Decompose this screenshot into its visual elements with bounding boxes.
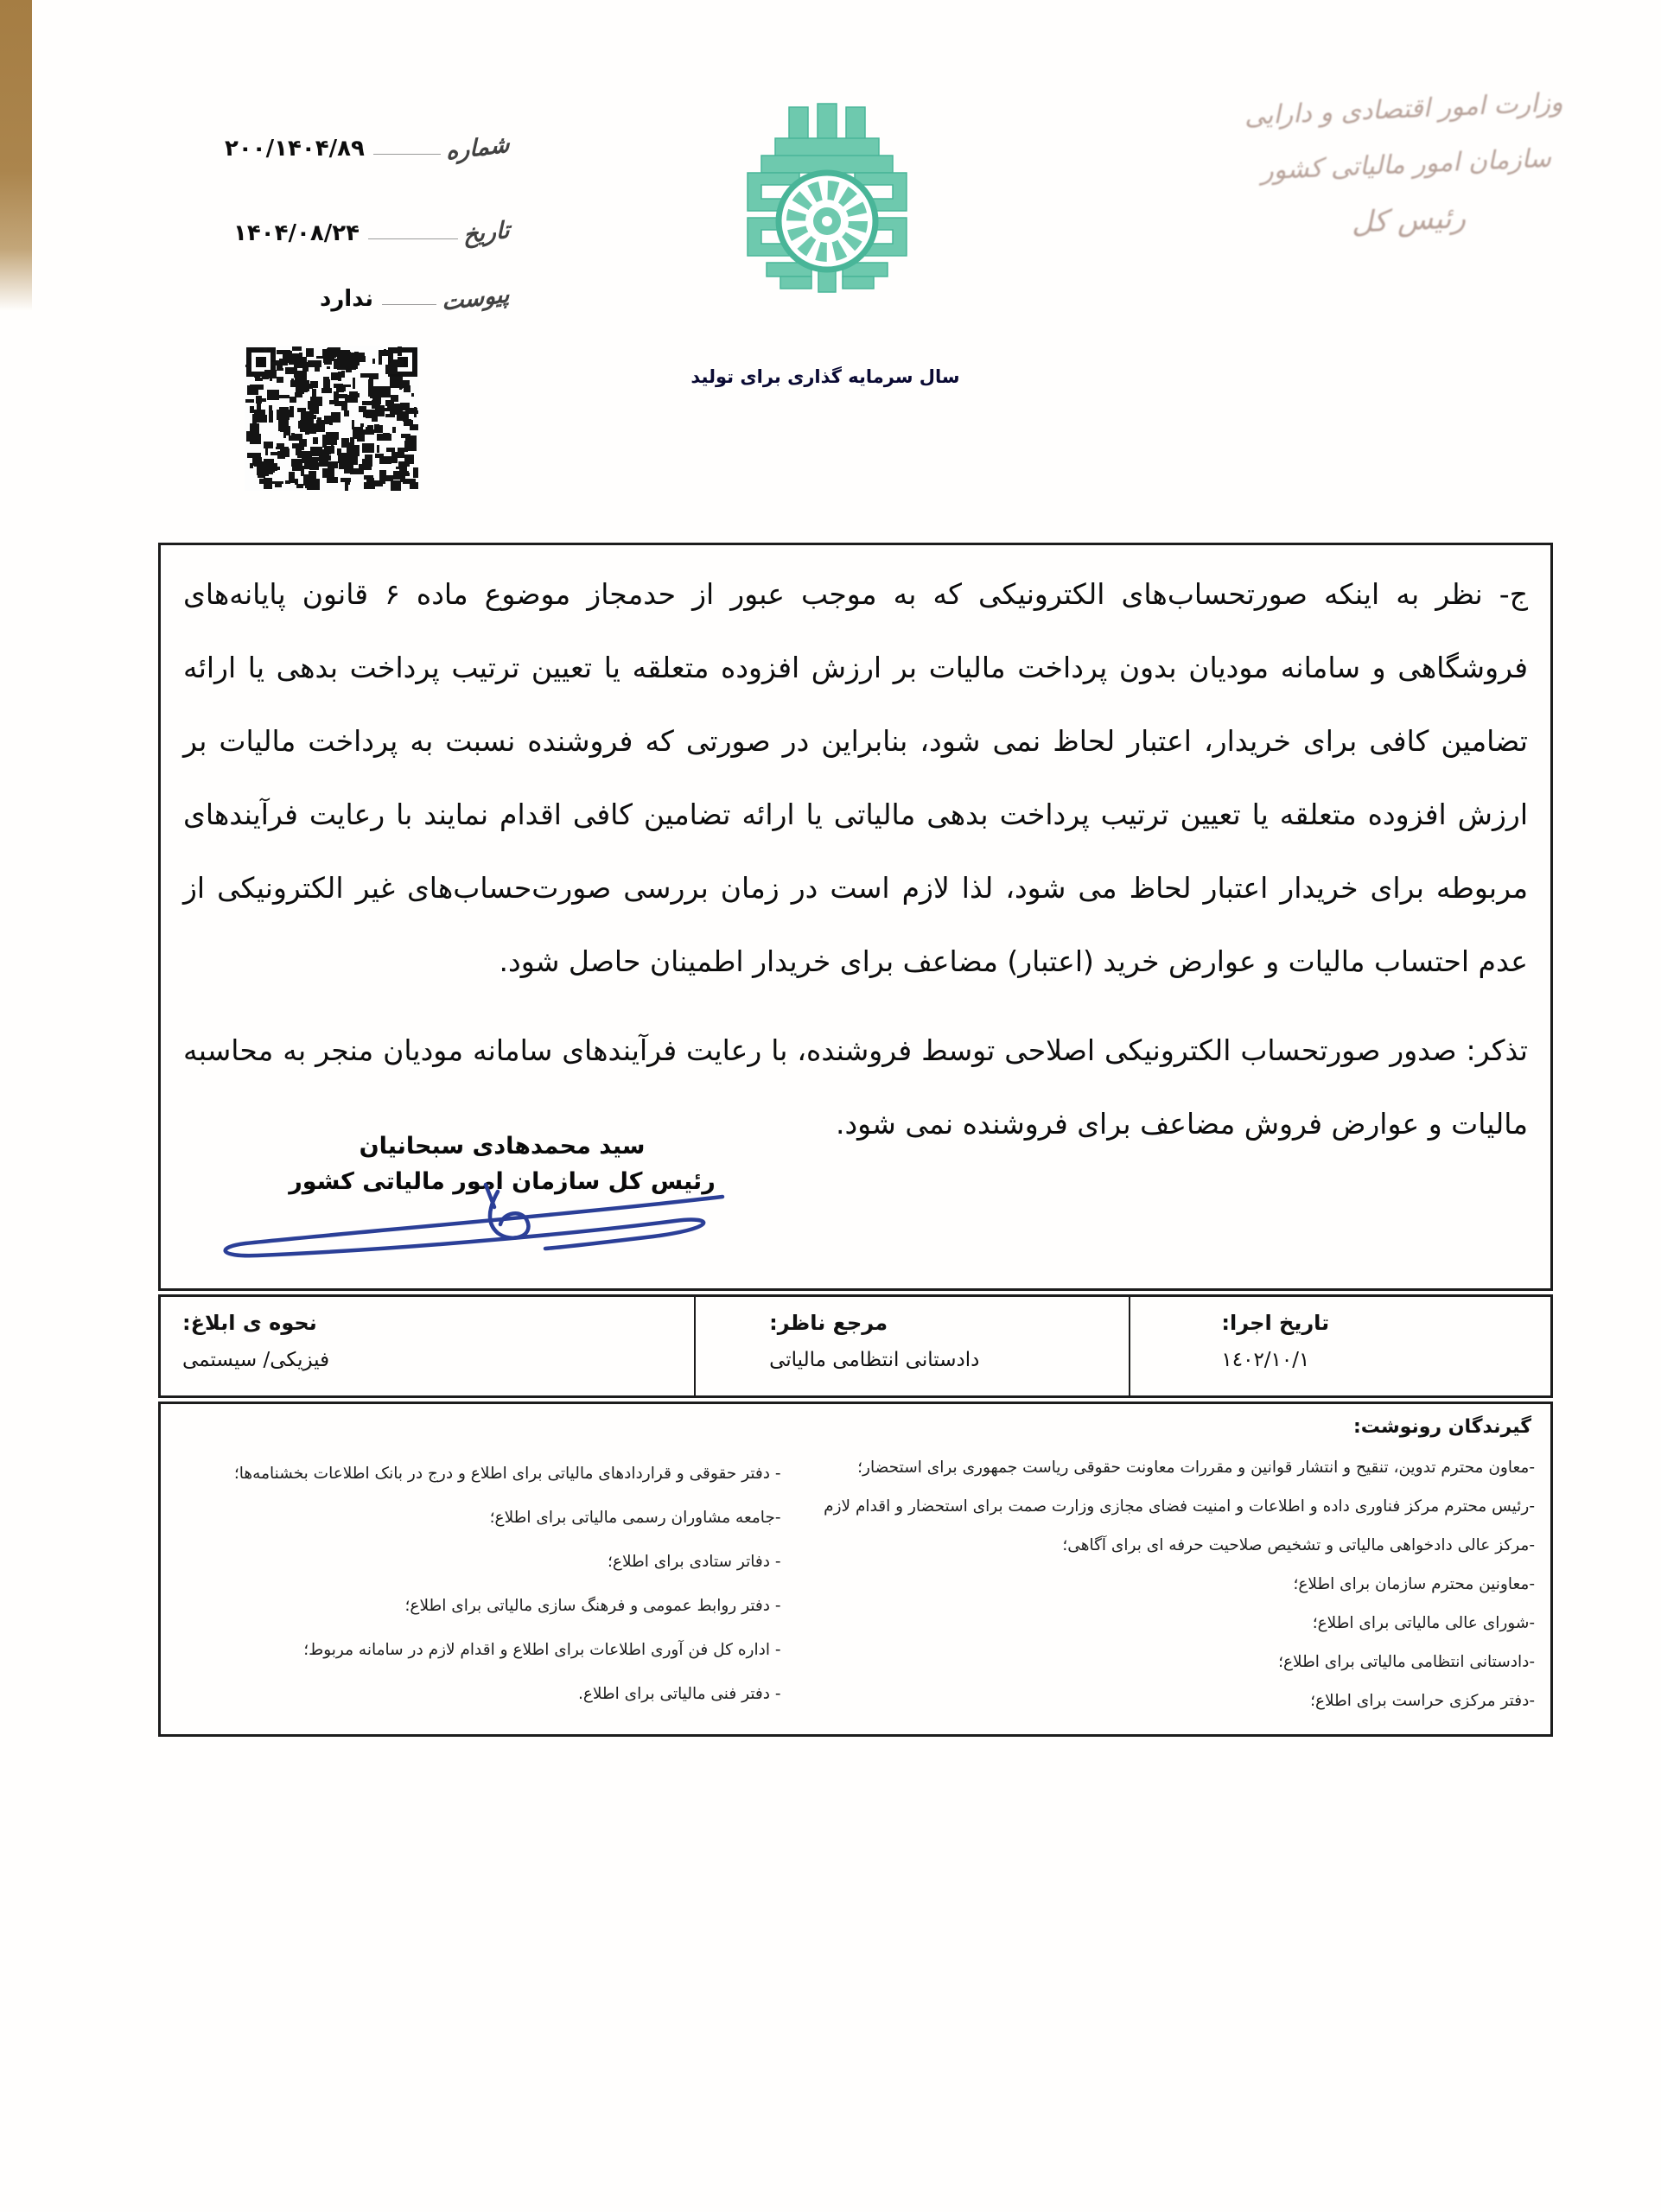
recipients-column-left: - دفتر حقوقی و قراردادهای مالیاتی برای ا…	[176, 1448, 781, 1716]
recipient-item: -دادستانی انتظامی مالیاتی برای اطلاع؛	[781, 1643, 1535, 1681]
recipient-item: -رئیس محترم مرکز فناوری داده و اطلاعات و…	[781, 1487, 1535, 1526]
qr-noise	[347, 362, 359, 369]
qr-noise	[362, 443, 374, 453]
qr-noise	[386, 448, 394, 452]
scanned-letter-page: وزارت امور اقتصادی و دارایی سازمان امور …	[0, 0, 1661, 2212]
qr-noise	[414, 407, 417, 416]
qr-noise	[360, 423, 364, 427]
qr-noise	[248, 351, 252, 358]
letter-attachment-row: ندارد پیوست	[320, 285, 510, 312]
qr-noise	[366, 410, 379, 418]
qr-noise	[277, 377, 283, 384]
info-table: تاریخ اجرا: ١٤٠٢/١٠/١ مرجع ناظر: دادستان…	[158, 1294, 1553, 1398]
recipient-item: - دفتر روابط عمومی و فرهنگ سازی مالیاتی …	[176, 1584, 781, 1628]
qr-noise	[403, 414, 407, 422]
recipient-item: - اداره کل فن آوری اطلاعات برای اطلاع و …	[176, 1628, 781, 1672]
qr-noise	[275, 484, 282, 487]
qr-noise	[411, 393, 415, 397]
qr-noise	[323, 377, 329, 388]
qr-noise	[346, 352, 352, 362]
qr-noise	[290, 380, 303, 387]
recipient-item: -معاون محترم تدوین، تنقیح و انتشار قوانی…	[781, 1448, 1535, 1487]
qr-noise	[347, 445, 360, 456]
qr-noise	[290, 406, 294, 417]
qr-noise	[284, 412, 288, 422]
execution-date-label: تاریخ اجرا:	[1139, 1311, 1550, 1335]
letter-body-box: ج- نظر به اینکه صورتحساب‌های الکترونیکی …	[158, 543, 1553, 1291]
qr-noise	[265, 447, 268, 455]
letter-date-value: ۱۴۰۴/۰۸/۲۴	[233, 220, 360, 246]
qr-noise	[344, 410, 349, 416]
qr-noise	[291, 459, 300, 467]
qr-noise	[250, 406, 254, 413]
qr-noise	[310, 381, 318, 388]
qr-noise	[283, 431, 287, 439]
qr-noise	[355, 356, 366, 362]
qr-noise	[294, 371, 307, 378]
qr-noise	[369, 373, 379, 379]
qr-noise	[307, 483, 313, 490]
recipients-header: گیرندگان رونوشت:	[176, 1416, 1531, 1438]
letter-number-row: ۲۰۰/۱۴۰۴/۸۹ شماره	[225, 135, 510, 162]
emblem-svg	[741, 102, 913, 308]
attachment-rule-line	[382, 304, 436, 305]
qr-noise	[390, 377, 403, 388]
qr-noise	[404, 454, 414, 464]
number-rule-line	[373, 154, 442, 155]
qr-noise	[340, 478, 351, 481]
qr-noise	[413, 467, 419, 478]
qr-noise	[327, 366, 330, 369]
qr-noise	[353, 378, 355, 389]
execution-date-cell: تاریخ اجرا: ١٤٠٢/١٠/١	[1130, 1297, 1550, 1395]
qr-noise	[365, 457, 371, 462]
qr-noise	[393, 475, 404, 479]
qr-noise	[269, 405, 273, 415]
qr-noise	[360, 465, 371, 468]
letter-number-value: ۲۰۰/۱۴۰۴/۸۹	[225, 136, 365, 162]
recipient-item: - دفاتر ستادی برای اطلاع؛	[176, 1540, 781, 1584]
qr-noise	[374, 424, 379, 433]
qr-noise	[391, 480, 401, 491]
qr-noise	[337, 448, 342, 455]
qr-noise	[396, 467, 407, 470]
recipient-item: -جامعه مشاوران رسمی مالیاتی برای اطلاع؛	[176, 1496, 781, 1540]
qr-noise	[254, 372, 260, 378]
recipient-item: -معاونین محترم سازمان برای اطلاع؛	[781, 1565, 1535, 1604]
qr-noise	[377, 445, 380, 453]
qr-noise	[379, 350, 391, 356]
qr-noise	[312, 389, 316, 399]
qr-noise	[250, 434, 261, 444]
qr-noise	[372, 398, 376, 402]
recipient-item: -دفتر مرکزی حراست برای اطلاع؛	[781, 1681, 1535, 1720]
qr-noise	[326, 436, 337, 446]
qr-noise	[352, 420, 355, 429]
recipient-item: - دفتر فنی مالیاتی برای اطلاع.	[176, 1672, 781, 1716]
recipient-item: -شورای عالی مالیاتی برای اطلاع؛	[781, 1604, 1535, 1643]
qr-noise	[331, 372, 340, 380]
qr-noise	[385, 475, 391, 481]
qr-noise	[391, 453, 398, 464]
qr-noise	[299, 353, 303, 360]
qr-noise	[297, 408, 306, 412]
recipients-column-right: -معاون محترم تدوین، تنقیح و انتشار قوانی…	[781, 1448, 1535, 1720]
execution-date-value: ١٤٠٢/١٠/١	[1139, 1349, 1550, 1371]
qr-noise	[372, 359, 376, 363]
qr-noise	[306, 380, 309, 391]
qr-noise	[331, 412, 340, 423]
recipients-columns: -معاون محترم تدوین، تنقیح و انتشار قوانی…	[176, 1448, 1535, 1720]
recipients-box: گیرندگان رونوشت: -معاون محترم تدوین، تنق…	[158, 1402, 1553, 1737]
qr-noise	[357, 434, 366, 442]
qr-noise	[314, 423, 324, 432]
signer-name: سید محمدهادی سبحانیان	[243, 1133, 761, 1160]
date-rule-line	[368, 238, 458, 239]
recipient-item: - دفتر حقوقی و قراردادهای مالیاتی برای ا…	[176, 1452, 781, 1496]
qr-noise	[350, 468, 364, 474]
qr-noise	[310, 447, 322, 456]
qr-noise	[322, 468, 334, 479]
slogan-text: سال سرمایه گذاری برای تولید	[665, 366, 985, 387]
qr-noise	[309, 415, 316, 419]
letter-attachment-value: ندارد	[320, 286, 373, 312]
qr-noise	[245, 399, 254, 404]
tax-administration-emblem-icon	[736, 102, 918, 311]
qr-noise	[277, 443, 284, 450]
qr-noise	[306, 348, 314, 357]
qr-noise	[308, 401, 317, 409]
supervisory-authority-cell: مرجع ناظر: دادستانی انتظامی مالیاتی	[696, 1297, 1130, 1395]
qr-noise	[305, 362, 316, 367]
delivery-method-label: نحوه ی ابلاغ:	[161, 1311, 694, 1335]
qr-noise	[245, 365, 251, 367]
recipient-item: -مرکز عالی دادخواهی مالیاتی و تشخیص صلاح…	[781, 1526, 1535, 1565]
letterhead-calligraphy: وزارت امور اقتصادی و دارایی سازمان امور …	[1200, 73, 1613, 257]
qr-noise	[252, 457, 256, 466]
qr-noise	[390, 405, 400, 416]
qr-noise	[390, 363, 394, 369]
qr-noise	[341, 371, 345, 378]
qr-noise	[339, 460, 347, 466]
qr-noise	[382, 434, 391, 441]
qr-noise	[334, 359, 345, 369]
qr-noise	[336, 388, 344, 393]
qr-noise	[296, 484, 302, 488]
body-paragraph-main: ج- نظر به اینکه صورتحساب‌های الکترونیکی …	[183, 557, 1528, 998]
qr-noise	[267, 390, 279, 401]
qr-noise	[410, 482, 418, 489]
qr-noise	[403, 380, 410, 388]
qr-noise	[279, 359, 289, 365]
qr-noise	[367, 425, 373, 432]
qr-noise	[250, 423, 259, 433]
delivery-method-value: فیزیکی/ سیستمی	[161, 1349, 694, 1371]
qr-noise	[256, 396, 262, 404]
qr-noise	[289, 435, 301, 442]
qr-noise	[366, 478, 373, 486]
qr-noise	[295, 479, 298, 485]
qr-noise	[313, 437, 318, 444]
handwritten-signature	[204, 1178, 757, 1273]
supervisory-authority-value: دادستانی انتظامی مالیاتی	[696, 1349, 1129, 1371]
qr-noise	[264, 347, 267, 353]
qr-noise	[278, 428, 282, 431]
qr-noise	[401, 434, 410, 439]
qr-noise	[264, 478, 272, 489]
qr-noise	[295, 392, 302, 398]
qr-noise	[322, 435, 328, 441]
qr-noise	[251, 385, 264, 390]
supervisory-authority-label: مرجع ناظر:	[696, 1311, 1129, 1335]
qr-noise	[392, 427, 396, 433]
qr-noise	[327, 348, 336, 358]
delivery-method-cell: نحوه ی ابلاغ: فیزیکی/ سیستمی	[161, 1297, 696, 1395]
letter-attachment-label: پیوست	[442, 281, 510, 316]
qr-noise	[379, 456, 391, 465]
qr-noise	[349, 391, 358, 404]
qr-noise	[255, 378, 263, 381]
qr-code	[245, 346, 419, 491]
qr-noise	[274, 467, 280, 470]
qr-noise	[281, 452, 290, 457]
qr-noise	[316, 356, 326, 359]
qr-noise	[270, 378, 273, 381]
qr-noise	[271, 362, 277, 365]
scan-binding-edge	[0, 0, 32, 311]
qr-noise	[292, 346, 302, 351]
letter-number-label: شماره	[446, 130, 510, 165]
qr-noise	[344, 458, 347, 461]
letter-date-row: ۱۴۰۴/۰۸/۲۴ تاریخ	[233, 219, 510, 246]
qr-noise	[277, 395, 290, 398]
qr-noise	[277, 363, 283, 371]
qr-noise	[254, 410, 266, 417]
qr-noise	[258, 464, 265, 469]
letter-date-label: تاریخ	[463, 217, 510, 250]
qr-noise	[329, 400, 336, 404]
signature-block: سید محمدهادی سبحانیان رئیس کل سازمان امو…	[243, 1133, 761, 1195]
